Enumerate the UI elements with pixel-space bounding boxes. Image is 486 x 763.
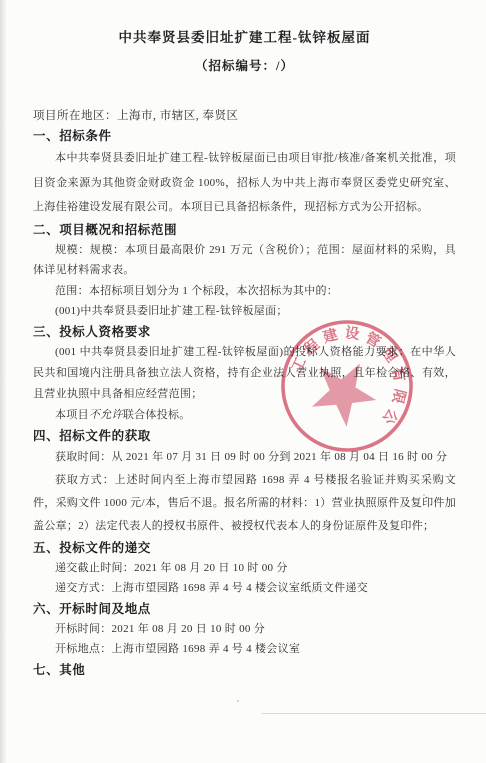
paragraph: 获取时间：从 2021 年 07 月 31 日 09 时 00 分到 2021 … <box>33 446 456 469</box>
scan-edge-shadow <box>0 0 7 763</box>
paragraph: (001 中共奉贤县委旧址扩建工程-钛锌板屋面)的投标人资格能力要求：在中华人民… <box>33 342 456 405</box>
section-document-acquisition: 四、招标文件的获取 获取时间：从 2021 年 07 月 31 日 09 时 0… <box>33 426 456 538</box>
section-heading: 六、开标时间及地点 <box>33 599 456 619</box>
section-heading: 三、投标人资格要求 <box>33 322 456 342</box>
project-location-line: 项目所在地区：上海市, 市辖区, 奉贤区 <box>33 106 456 126</box>
section-bidder-qualification: 三、投标人资格要求 (001 中共奉贤县委旧址扩建工程-钛锌板屋面)的投标人资格… <box>33 322 456 426</box>
section-bid-conditions: 一、招标条件 本中共奉贤县委旧址扩建工程-钛锌板屋面已由项目审批/核准/备案机关… <box>33 126 456 220</box>
paragraph: 递交方式：上海市望园路 1698 弄 4 号 4 楼会议室纸质文件递交 <box>33 578 456 599</box>
section-bid-submission: 五、投标文件的递交 递交截止时间：2021 年 08 月 20 日 10 时 0… <box>33 538 456 599</box>
scanned-tender-document: 中共奉贤县委旧址扩建工程-钛锌板屋面 （招标编号：/） 项目所在地区：上海市, … <box>0 0 486 763</box>
section-heading: 二、项目概况和招标范围 <box>33 220 456 240</box>
scan-speck <box>237 700 239 702</box>
paragraph: 获取方式：上述时间内至上海市望园路 1698 弄 4 号楼报名验证并购买采购文件… <box>33 469 456 538</box>
paragraph: (001)中共奉贤县委旧址扩建工程-钛锌板屋面； <box>33 301 456 322</box>
paragraph: 递交截止时间：2021 年 08 月 20 日 10 时 00 分 <box>33 558 456 579</box>
scan-speck <box>423 494 425 496</box>
section-project-overview: 二、项目概况和招标范围 规模：规模：本项目最高限价 291 万元（含税价）；范围… <box>33 220 456 322</box>
no-joint-bid-suffix: 联合体投标。 <box>123 409 191 421</box>
paragraph: 范围：本招标项目划分为 1 个标段，本次招标为其中的： <box>33 281 456 302</box>
section-heading: 一、招标条件 <box>33 126 456 146</box>
no-joint-bid-emphasis: 不允许 <box>89 409 123 421</box>
paragraph: 开标地点：上海市望园路 1698 弄 4 号 4 楼会议室 <box>33 639 456 660</box>
section-other: 七、其他 <box>33 660 456 680</box>
bid-number-line: （招标编号：/） <box>33 56 456 76</box>
section-bid-opening: 六、开标时间及地点 开标时间：2021 年 08 月 20 日 10 时 00 … <box>33 599 456 660</box>
document-title: 中共奉贤县委旧址扩建工程-钛锌板屋面 <box>33 28 456 48</box>
no-joint-bid-prefix: 本项目 <box>55 409 89 421</box>
section-heading: 五、投标文件的递交 <box>33 538 456 558</box>
section-heading: 四、招标文件的获取 <box>33 426 456 446</box>
section-heading: 七、其他 <box>33 660 456 680</box>
paragraph: 开标时间：2021 年 08 月 20 日 10 时 00 分 <box>33 619 456 640</box>
no-joint-bid-line: 本项目不允许联合体投标。 <box>33 405 456 426</box>
document-body: 中共奉贤县委旧址扩建工程-钛锌板屋面 （招标编号：/） 项目所在地区：上海市, … <box>0 0 486 680</box>
scan-fold-line <box>262 713 486 714</box>
paragraph: 本中共奉贤县委旧址扩建工程-钛锌板屋面已由项目审批/核准/备案机关批准，项目资金… <box>33 146 456 220</box>
paragraph: 规模：规模：本项目最高限价 291 万元（含税价）；范围：屋面材料的采购，具体详… <box>33 240 456 281</box>
